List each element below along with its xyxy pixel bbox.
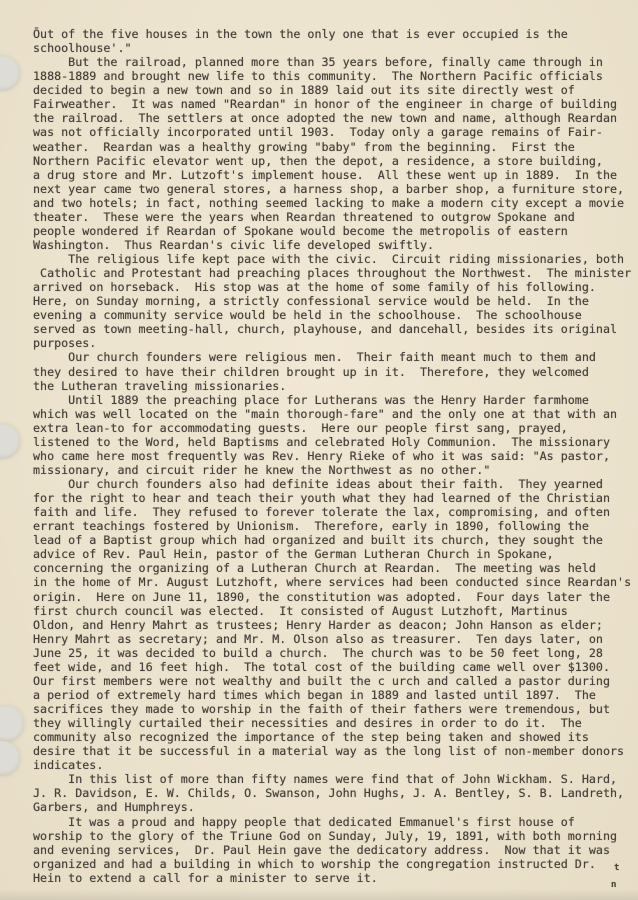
- text-line: J. R. Davidson, E. W. Childs, O. Swanson…: [33, 786, 637, 800]
- text-line: Our church founders were religious men. …: [33, 350, 637, 364]
- text-line: they desired to have their children brou…: [33, 365, 637, 379]
- text-line: they willingly curtailed their necessiti…: [33, 716, 637, 730]
- text-line: next year came two general stores, a har…: [33, 182, 637, 196]
- text-line: Oldon, and Henry Mahrt as trustees; Henr…: [33, 618, 637, 632]
- text-line: schoolhouse'.": [33, 41, 637, 55]
- text-line: and two hotels; in fact, nothing seemed …: [33, 196, 637, 210]
- text-line: Our church founders also had definite id…: [33, 477, 637, 491]
- text-line: arrived on horseback. His stop was at th…: [33, 280, 637, 294]
- text-line: missionary, and circuit rider he knew th…: [33, 463, 637, 477]
- text-line: Northern Pacific elevator went up, then …: [33, 154, 637, 168]
- text-line: which was well located on the "main thor…: [33, 407, 637, 421]
- text-line: concerning the organizing of a Lutheran …: [33, 561, 637, 575]
- text-line: June 25, it was decided to build a churc…: [33, 646, 637, 660]
- text-line: worship to the glory of the Triune God o…: [33, 829, 637, 843]
- text-line: Catholic and Protestant had preaching pl…: [33, 266, 637, 280]
- text-line: community also recognized the importance…: [33, 730, 637, 744]
- text-line: Garbers, and Humphreys.: [33, 800, 637, 814]
- text-line: listened to the Word, held Baptisms and …: [33, 435, 637, 449]
- text-line: evening a community service would be hel…: [33, 308, 637, 322]
- scanned-page: Ōut of the five houses in the town the o…: [0, 0, 638, 900]
- text-line: errant teachings fostered by Unionism. T…: [33, 519, 637, 533]
- text-line: In this list of more than fifty names we…: [33, 772, 637, 786]
- text-line: lead of a Baptist group which had organi…: [33, 533, 637, 547]
- text-line: people wondered if Reardan of Spokane wo…: [33, 224, 637, 238]
- text-line: Ōut of the five houses in the town the o…: [33, 27, 637, 41]
- text-line: Until 1889 the preaching place for Luthe…: [33, 393, 637, 407]
- scan-edge-smudge: [0, 889, 638, 900]
- text-line: It was a proud and happy people that ded…: [33, 815, 637, 829]
- text-line: who came here most frequently was Rev. H…: [33, 449, 637, 463]
- text-line: Henry Mahrt as secretary; and Mr. M. Ols…: [33, 632, 637, 646]
- text-line: But the railroad, planned more than 35 y…: [33, 55, 637, 69]
- text-line: sacrifices they made to worship in the f…: [33, 702, 637, 716]
- text-line: a period of extremely hard times which b…: [33, 688, 637, 702]
- text-line: and evening services, Dr. Paul Hein gave…: [33, 843, 637, 857]
- text-line: Here, on Sunday morning, a strictly conf…: [33, 294, 637, 308]
- text-line: desire that it be successful in a materi…: [33, 744, 637, 758]
- text-line: origin. Here on June 11, 1890, the const…: [33, 590, 637, 604]
- punch-hole: [0, 706, 24, 742]
- text-line: Hein to extend a call for a minister to …: [33, 871, 637, 885]
- text-line: the railroad. The settlers at once adopt…: [33, 111, 637, 125]
- text-line: Washington. Thus Reardan's civic life de…: [33, 238, 637, 252]
- text-line: served as town meeting-hall, church, pla…: [33, 322, 637, 336]
- text-line: Our first members were not wealthy and b…: [33, 674, 637, 688]
- text-line: organized and had a building in which to…: [33, 857, 637, 871]
- punch-hole: [0, 741, 20, 776]
- text-line: a drug store and Mr. Lutzoft's implement…: [33, 168, 637, 182]
- text-line: feet wide, and 16 feet high. The total c…: [33, 660, 637, 674]
- text-line: advice of Rev. Paul Hein, pastor of the …: [33, 547, 637, 561]
- text-line: weather. Reardan was a healthy growing "…: [33, 140, 637, 154]
- text-line: The religious life kept pace with the ci…: [33, 252, 637, 266]
- text-line: first church council was elected. It con…: [33, 604, 637, 618]
- typewritten-text: Ōut of the five houses in the town the o…: [33, 27, 637, 885]
- text-line: decided to begin a new town and so in 18…: [33, 83, 637, 97]
- text-line: theater. These were the years when Reard…: [33, 210, 637, 224]
- text-line: extra lean-to for accommodating guests. …: [33, 421, 637, 435]
- punch-hole: [0, 424, 20, 459]
- text-line: the Lutheran traveling missionaries.: [33, 379, 637, 393]
- text-line: 1888-1889 and brought new life to this c…: [33, 69, 637, 83]
- text-line: purposes.: [33, 336, 637, 350]
- text-line: was not officially incorporated until 19…: [33, 125, 637, 139]
- text-line: indicates.: [33, 758, 637, 772]
- text-line: in the home of Mr. August Lutzhoft, wher…: [33, 575, 637, 589]
- text-line: for the right to hear and teach their yo…: [33, 491, 637, 505]
- scan-bleed-mark: t: [614, 863, 619, 873]
- text-line: faith and life. They refused to forever …: [33, 505, 637, 519]
- text-line: Fairweather. It was named "Reardan" in h…: [33, 97, 637, 111]
- punch-hole: [0, 56, 20, 91]
